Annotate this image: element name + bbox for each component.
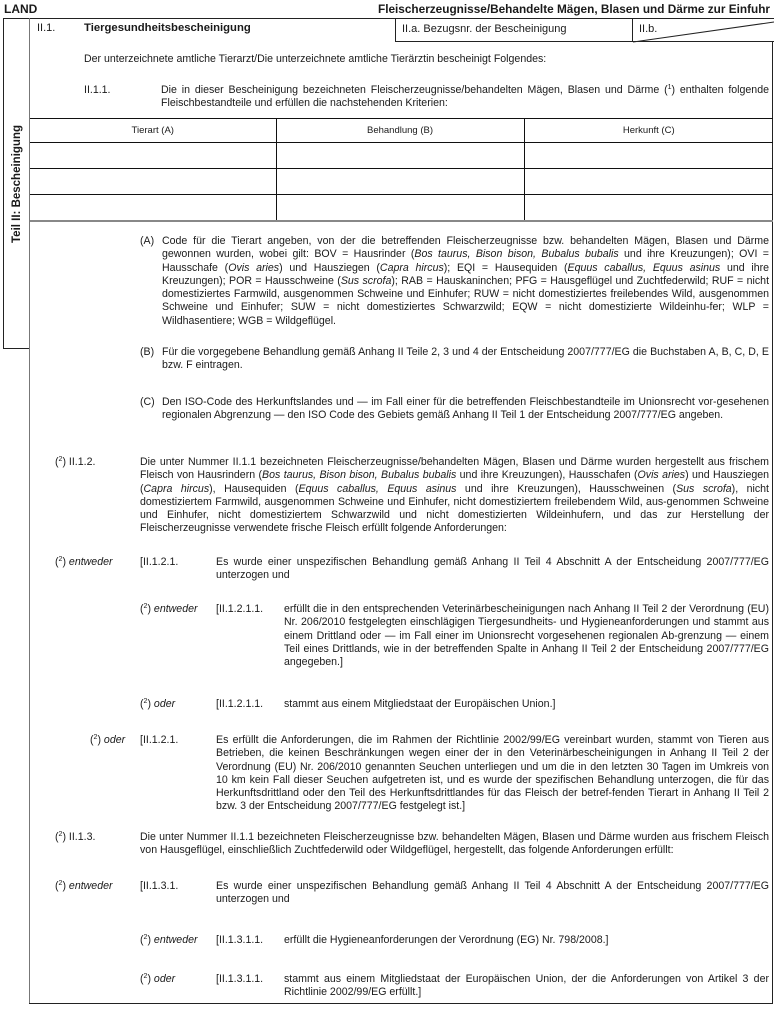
clause-1-2-1-1-text: erfüllt die in den entsprechenden Veteri… bbox=[284, 603, 769, 669]
cell-tierart[interactable] bbox=[30, 169, 276, 195]
note-a-label: (A) bbox=[140, 235, 154, 247]
clause-1-1-number: II.1.1. bbox=[84, 84, 111, 96]
clause-1-2-1-1-option: (2) entweder bbox=[140, 603, 198, 615]
clause-1-2-1-1-alt-text: stammt aus einem Mitgliedstaat der Europ… bbox=[284, 698, 769, 711]
frame-top-border bbox=[29, 18, 395, 19]
clause-1-3-1-1-number: [II.1.3.1.1. bbox=[216, 934, 263, 946]
section-title: Tiergesundheitsbescheinigung bbox=[84, 22, 251, 34]
table-row bbox=[30, 169, 773, 195]
cell-tierart[interactable] bbox=[30, 143, 276, 169]
clause-1-2-1-1-alt-number: [II.1.2.1.1. bbox=[216, 698, 263, 710]
clause-1-2-1-alt-text: Es erfüllt die Anforderungen, die im Rah… bbox=[216, 734, 769, 814]
table-row bbox=[30, 195, 773, 222]
clause-1-3-1-number: [II.1.3.1. bbox=[140, 880, 178, 892]
note-a-text: Code für die Tierart angeben, von der di… bbox=[162, 235, 769, 328]
clause-1-3-1-1-alt-text: stammt aus einem Mitgliedstaat der Europ… bbox=[284, 973, 769, 1000]
clause-1-2-number: (2) II.1.2. bbox=[55, 456, 95, 468]
clause-1-3-1-1-option: (2) entweder bbox=[140, 934, 198, 946]
column-header-behandlung: Behandlung (B) bbox=[276, 119, 524, 143]
cell-behandlung[interactable] bbox=[276, 195, 524, 222]
clause-1-2-1-text: Es wurde einer unspezifischen Behandlung… bbox=[216, 556, 769, 583]
clause-1-3-1-text: Es wurde einer unspezifischen Behandlung… bbox=[216, 880, 769, 907]
clause-1-2-1-option: (2) entweder bbox=[55, 556, 113, 568]
country-label: LAND bbox=[4, 2, 37, 16]
document-title: Fleischerzeugnisse/Behandelte Mägen, Bla… bbox=[378, 2, 770, 16]
clause-1-3-1-1-text: erfüllt die Hygieneanforderungen der Ver… bbox=[284, 934, 769, 947]
clause-1-2-1-alt-option: (2) oder bbox=[90, 734, 125, 746]
table-row bbox=[30, 143, 773, 169]
note-c-text: Den ISO-Code des Herkunftslandes und — i… bbox=[162, 396, 769, 423]
sidebar-label: Teil II: Bescheinigung bbox=[11, 125, 23, 243]
criteria-table: Tierart (A) Behandlung (B) Herkunft (C) bbox=[30, 118, 773, 222]
cell-behandlung[interactable] bbox=[276, 143, 524, 169]
section-number: II.1. bbox=[37, 22, 55, 34]
clause-1-3-1-1-alt-option: (2) oder bbox=[140, 973, 175, 985]
cell-behandlung[interactable] bbox=[276, 169, 524, 195]
note-c-label: (C) bbox=[140, 396, 155, 408]
clause-1-2-1-number: [II.1.2.1. bbox=[140, 556, 178, 568]
column-header-tierart: Tierart (A) bbox=[30, 119, 276, 143]
clause-1-2-text: Die unter Nummer II.1.1 bezeichneten Fle… bbox=[140, 456, 769, 536]
reference-number-field[interactable]: II.a. Bezugsnr. der Bescheinigung bbox=[395, 18, 633, 42]
clause-1-3-text: Die unter Nummer II.1.1 bezeichneten Fle… bbox=[140, 831, 769, 858]
clause-1-2-1-1-number: [II.1.2.1.1. bbox=[216, 603, 263, 615]
reference-b-field[interactable]: II.b. bbox=[633, 18, 774, 42]
clause-1-2-1-alt-number: [II.1.2.1. bbox=[140, 734, 178, 746]
cell-herkunft[interactable] bbox=[524, 169, 773, 195]
note-b-text: Für die vorgegebene Behandlung gemäß Anh… bbox=[162, 346, 769, 373]
intro-text: Der unterzeichnete amtliche Tierarzt/Die… bbox=[84, 53, 546, 65]
cell-herkunft[interactable] bbox=[524, 143, 773, 169]
clause-1-2-1-1-alt-option: (2) oder bbox=[140, 698, 175, 710]
clause-1-3-1-option: (2) entweder bbox=[55, 880, 113, 892]
clause-1-3-number: (2) II.1.3. bbox=[55, 831, 95, 843]
reference-number-label: II.a. Bezugsnr. der Bescheinigung bbox=[402, 23, 567, 35]
cell-herkunft[interactable] bbox=[524, 195, 773, 222]
reference-b-label: II.b. bbox=[639, 23, 657, 35]
cell-tierart[interactable] bbox=[30, 195, 276, 222]
clause-1-3-1-1-alt-number: [II.1.3.1.1. bbox=[216, 973, 263, 985]
column-header-herkunft: Herkunft (C) bbox=[524, 119, 773, 143]
clause-1-1-text: Die in dieser Bescheinigung bezeichneten… bbox=[161, 84, 769, 111]
frame-bottom-border bbox=[29, 1003, 773, 1004]
sidebar-part-label: Teil II: Bescheinigung bbox=[3, 18, 29, 349]
note-b-label: (B) bbox=[140, 346, 154, 358]
